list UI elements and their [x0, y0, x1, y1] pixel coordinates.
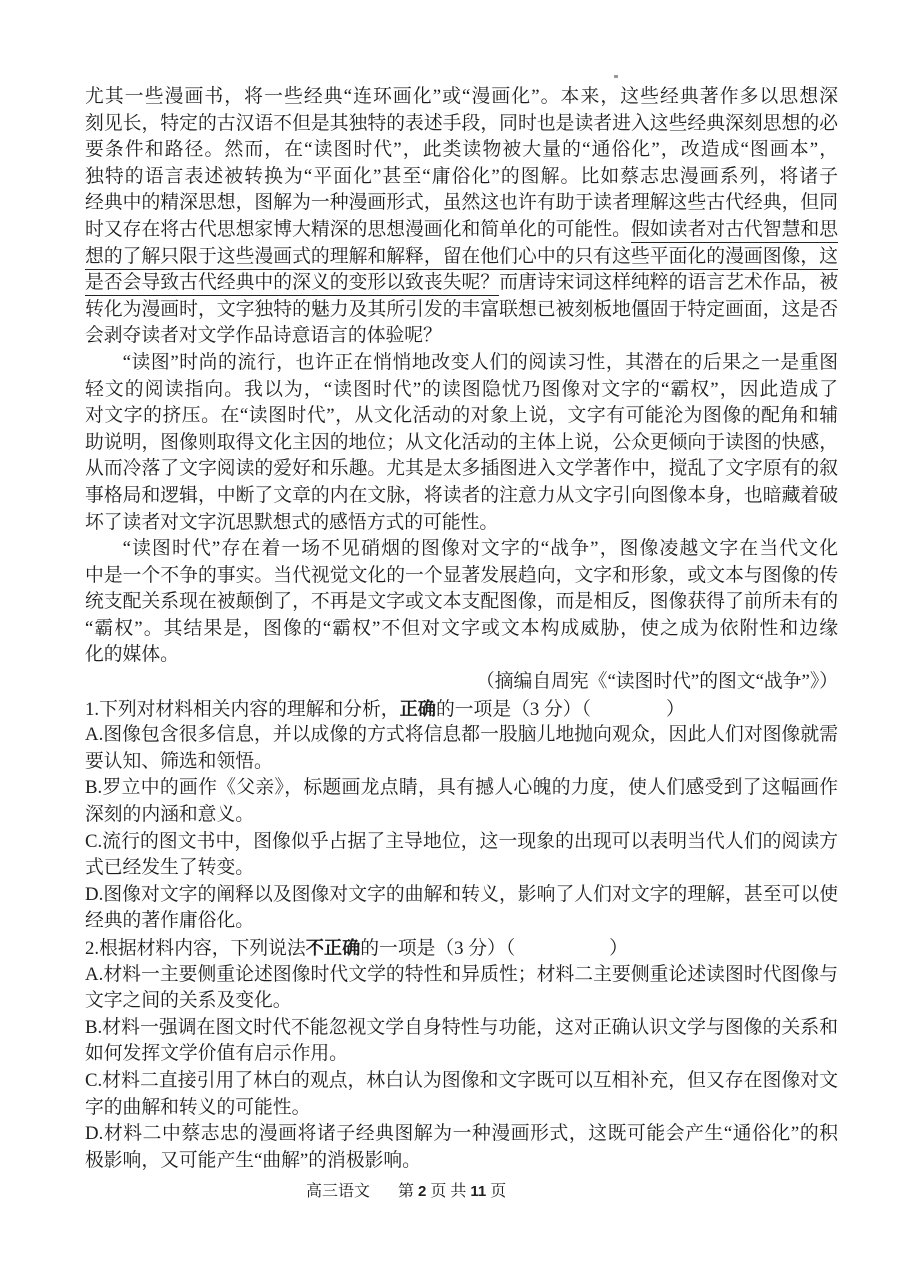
passage-line: 独特的语言表述被转换为“平面化”甚至“庸俗化”的图解。比如蔡志忠漫画系列，将诸子 [85, 164, 838, 191]
passage-line: 助说明，图像则取得文化主因的地位；从文化活动的主体上说，公众更倾向于读图的快感， [85, 430, 838, 457]
question-1-option-c: C.流行的图文书中，图像似乎占据了主导地位，这一现象的出现可以表明当代人们的阅读… [85, 829, 838, 856]
passage-line: 轻文的阅读指向。我以为，“读图时代”的读图隐忧乃图像对文字的“霸权”，因此造成了 [85, 377, 838, 404]
text-run: 事格局和逻辑，中断了文章的内在文脉，将读者的注意力从文字引向图像本身，也暗藏着破 [85, 485, 838, 506]
page-footer: 高三语文 第 2 页 共 11 页 [306, 1178, 506, 1201]
question-2-option-a: 文字之间的关系及变化。 [85, 988, 838, 1015]
passage-line: 尤其一些漫画书，将一些经典“连环画化”或“漫画化”。本来，这些经典著作多以思想深 [85, 84, 838, 111]
text-run: （摘编自周宪《“读图时代”的图文“战争”》） [476, 671, 838, 692]
text-run: 对文字的挤压。在“读图时代”，从文化活动的对象上说，文字有可能沦为图像的配角和辅 [85, 405, 838, 426]
passage-line: 对文字的挤压。在“读图时代”，从文化活动的对象上说，文字有可能沦为图像的配角和辅 [85, 403, 838, 430]
text-run: 独特的语言表述被转换为“平面化”甚至“庸俗化”的图解。比如蔡志忠漫画系列，将诸子 [85, 166, 838, 187]
text-run: C.流行的图文书中，图像似乎占据了主导地位，这一现象的出现可以表明当代人们的阅读… [85, 831, 838, 852]
passage-line: 要条件和路径。然而，在“读图时代”，此类读物被大量的“通俗化”，改造成“图画本”… [85, 137, 838, 164]
text-run: 的一项是（3 分）（ ） [436, 699, 685, 720]
question-1-option-d: D.图像对文字的阐释以及图像对文字的曲解和转义，影响了人们对文字的理解，甚至可以… [85, 882, 838, 909]
question-2-option-a: A.材料一主要侧重论述图像时代文学的特性和异质性；材料二主要侧重论述读图时代图像… [85, 962, 838, 989]
question-2-option-c: 字的曲解和转义的可能性。 [85, 1095, 838, 1122]
passage-line: “霸权”。其结果是，图像的“霸权”不但对文字或文本构成威胁，使之成为依附性和边缘 [85, 616, 838, 643]
attribution-line: （摘编自周宪《“读图时代”的图文“战争”》） [85, 669, 838, 696]
passage-line: 是否会导致古代经典中的深义的变形以致丧失呢？而唐诗宋词这样纯粹的语言艺术作品，被 [85, 270, 838, 297]
passage-line: 统支配关系现在被颠倒了，不再是文字或文本支配图像，而是相反，图像获得了前所未有的 [85, 589, 838, 616]
text-run: 式已经发生了转变。 [85, 857, 254, 878]
question-1-stem: 1.下列对材料相关内容的理解和分析，正确的一项是（3 分）（ ） [85, 696, 838, 723]
text-run: 中是一个不争的事实。当代视觉文化的一个显著发展趋向，文字和形象，或文本与图像的传 [85, 565, 838, 586]
text-run: 坏了读者对文字沉思默想式的感悟方式的可能性。 [85, 512, 498, 533]
text-run: 统支配关系现在被颠倒了，不再是文字或文本支配图像，而是相反，图像获得了前所未有的 [85, 591, 838, 612]
text-run: 助说明，图像则取得文化主因的地位；从文化活动的主体上说，公众更倾向于读图的快感， [85, 432, 838, 453]
question-1-option-d: 经典的著作庸俗化。 [85, 908, 838, 935]
text-run: 2.根据材料内容，下列说法 [85, 938, 306, 959]
text-run: C.材料二直接引用了林白的观点，林白认为图像和文字既可以互相补充，但又存在图像对… [85, 1070, 838, 1091]
emphasis-text: 不正确 [306, 938, 361, 958]
text-run: 要条件和路径。然而，在“读图时代”，此类读物被大量的“通俗化”，改造成“图画本”… [85, 139, 838, 160]
question-1-option-a: A.图像包含很多信息，并以成像的方式将信息都一股脑儿地抛向观众，因此人们对图像就… [85, 722, 838, 749]
text-run: 文字之间的关系及变化。 [85, 990, 292, 1011]
page-indicator: 第 2 页 共 11 页 [398, 1178, 506, 1201]
text-run: A.图像包含很多信息，并以成像的方式将信息都一股脑儿地抛向观众，因此人们对图像就… [85, 724, 838, 745]
passage-line: 想的了解只限于这些漫画式的理解和解释，留在他们心中的只有这些平面化的漫画图像，这 [85, 244, 838, 271]
text-run: 极影响，又可能产生“曲解”的消极影响。 [85, 1150, 421, 1171]
text-run: “霸权”。其结果是，图像的“霸权”不但对文字或文本构成威胁，使之成为依附性和边缘 [85, 618, 838, 639]
question-1-option-b: 深刻的内涵和意义。 [85, 802, 838, 829]
question-1-option-b: B.罗立中的画作《父亲》，标题画龙点睛，具有撼人心魄的力度，使人们感受到了这幅画… [85, 775, 838, 802]
text-run: “读图时代”存在着一场不见硝烟的图像对文字的“战争”，图像凌越文字在当代文化 [123, 538, 838, 559]
passage-line: 转化为漫画时，文字独特的魅力及其所引发的丰富联想已被刻板地僵固于特定画面，这是否 [85, 297, 838, 324]
text-run: B.罗立中的画作《父亲》，标题画龙点睛，具有撼人心魄的力度，使人们感受到了这幅画… [85, 777, 838, 798]
text-run: 转化为漫画时，文字独特的魅力及其所引发的丰富联想已被刻板地僵固于特定画面，这是否 [85, 299, 838, 320]
underlined-passage-text: 假如读者对古代智慧和思 [631, 219, 838, 243]
text-run: 字的曲解和转义的可能性。 [85, 1097, 310, 1118]
text-run: 第 [398, 1183, 418, 1200]
text-run: 深刻的内涵和意义。 [85, 804, 254, 825]
text-run: 轻文的阅读指向。我以为，“读图时代”的读图隐忧乃图像对文字的“霸权”，因此造成了 [85, 379, 838, 400]
question-2-option-c: C.材料二直接引用了林白的观点，林白认为图像和文字既可以互相补充，但又存在图像对… [85, 1068, 838, 1095]
text-run: 如何发挥文学价值有启示作用。 [85, 1043, 348, 1064]
scan-speck [614, 75, 618, 78]
question-1-option-c: 式已经发生了转变。 [85, 855, 838, 882]
passage-line: 时又存在将古代思想家博大精深的思想漫画化和简单化的可能性。假如读者对古代智慧和思 [85, 217, 838, 244]
passage-line: 化的媒体。 [85, 642, 838, 669]
question-1-option-a: 要认知、筛选和领悟。 [85, 749, 838, 776]
underlined-passage-text: 是否会导致古代经典中的深义的变形以致丧失呢？ [85, 272, 499, 296]
passage-line: 中是一个不争的事实。当代视觉文化的一个显著发展趋向，文字和形象，或文本与图像的传 [85, 563, 838, 590]
text-run: 经典的著作庸俗化。 [85, 910, 254, 931]
passage-line: 刻见长，特定的古汉语不但是其独特的表述手段，同时也是读者进入这些经典深刻思想的必 [85, 111, 838, 138]
text-run: 化的媒体。 [85, 644, 179, 665]
text-run: 从而冷落了文字阅读的爱好和乐趣。尤其是太多插图进入文学著作中，搅乱了文字原有的叙 [85, 458, 838, 479]
passage-line: 从而冷落了文字阅读的爱好和乐趣。尤其是太多插图进入文学著作中，搅乱了文字原有的叙 [85, 456, 838, 483]
passage-line: 坏了读者对文字沉思默想式的感悟方式的可能性。 [85, 510, 838, 537]
text-run: D.材料二中蔡志忠的漫画将诸子经典图解为一种漫画形式，这既可能会产生“通俗化”的… [85, 1123, 838, 1144]
text-run: 的一项是（3 分）（ ） [360, 938, 628, 959]
text-run: A.材料一主要侧重论述图像时代文学的特性和异质性；材料二主要侧重论述读图时代图像… [85, 964, 838, 985]
text-run: 刻见长，特定的古汉语不但是其独特的表述手段，同时也是读者进入这些经典深刻思想的必 [85, 113, 838, 134]
emphasis-text: 正确 [400, 699, 436, 719]
course-label: 高三语文 [306, 1178, 370, 1201]
question-2-stem: 2.根据材料内容，下列说法不正确的一项是（3 分）（ ） [85, 935, 838, 962]
text-run: 要认知、筛选和领悟。 [85, 751, 273, 772]
text-run: 页 共 [426, 1183, 470, 1200]
document-body: 尤其一些漫画书，将一些经典“连环画化”或“漫画化”。本来，这些经典著作多以思想深… [85, 84, 838, 1174]
text-run: “读图”时尚的流行，也许正在悄悄地改变人们的阅读习性，其潜在的后果之一是重图 [123, 352, 838, 373]
text-run: 尤其一些漫画书，将一些经典“连环画化”或“漫画化”。本来，这些经典著作多以思想深 [85, 86, 838, 107]
text-run: 会剥夺读者对文学作品诗意语言的体验呢？ [85, 325, 442, 346]
passage-line: “读图时代”存在着一场不见硝烟的图像对文字的“战争”，图像凌越文字在当代文化 [85, 536, 838, 563]
passage-line: 事格局和逻辑，中断了文章的内在文脉，将读者的注意力从文字引向图像本身，也暗藏着破 [85, 483, 838, 510]
text-run: 而唐诗宋词这样纯粹的语言艺术作品，被 [499, 272, 838, 293]
question-2-option-b: B.材料一强调在图文时代不能忽视文学自身特性与功能，这对正确认识文学与图像的关系… [85, 1015, 838, 1042]
text-run: D.图像对文字的阐释以及图像对文字的曲解和转义，影响了人们对文字的理解，甚至可以… [85, 884, 838, 905]
passage-line: 会剥夺读者对文学作品诗意语言的体验呢？ [85, 323, 838, 350]
text-run: 时又存在将古代思想家博大精深的思想漫画化和简单化的可能性。 [85, 219, 631, 240]
text-run: 页 [486, 1183, 506, 1200]
emphasis-text: 11 [470, 1183, 486, 1200]
underlined-passage-text: 想的了解只限于这些漫画式的理解和解释，留在他们心中的只有这些平面化的漫画图像，这 [85, 246, 838, 270]
text-run: B.材料一强调在图文时代不能忽视文学自身特性与功能，这对正确认识文学与图像的关系… [85, 1017, 838, 1038]
question-2-option-b: 如何发挥文学价值有启示作用。 [85, 1041, 838, 1068]
question-2-option-d: 极影响，又可能产生“曲解”的消极影响。 [85, 1148, 838, 1175]
exam-paper-page: 尤其一些漫画书，将一些经典“连环画化”或“漫画化”。本来，这些经典著作多以思想深… [0, 0, 900, 1273]
passage-line: 经典中的精深思想，图解为一种漫画形式，虽然这也许有助于读者理解这些古代经典，但同 [85, 190, 838, 217]
text-run: 1.下列对材料相关内容的理解和分析， [85, 699, 400, 720]
text-run: 经典中的精深思想，图解为一种漫画形式，虽然这也许有助于读者理解这些古代经典，但同 [85, 192, 838, 213]
passage-line: “读图”时尚的流行，也许正在悄悄地改变人们的阅读习性，其潜在的后果之一是重图 [85, 350, 838, 377]
question-2-option-d: D.材料二中蔡志忠的漫画将诸子经典图解为一种漫画形式，这既可能会产生“通俗化”的… [85, 1121, 838, 1148]
